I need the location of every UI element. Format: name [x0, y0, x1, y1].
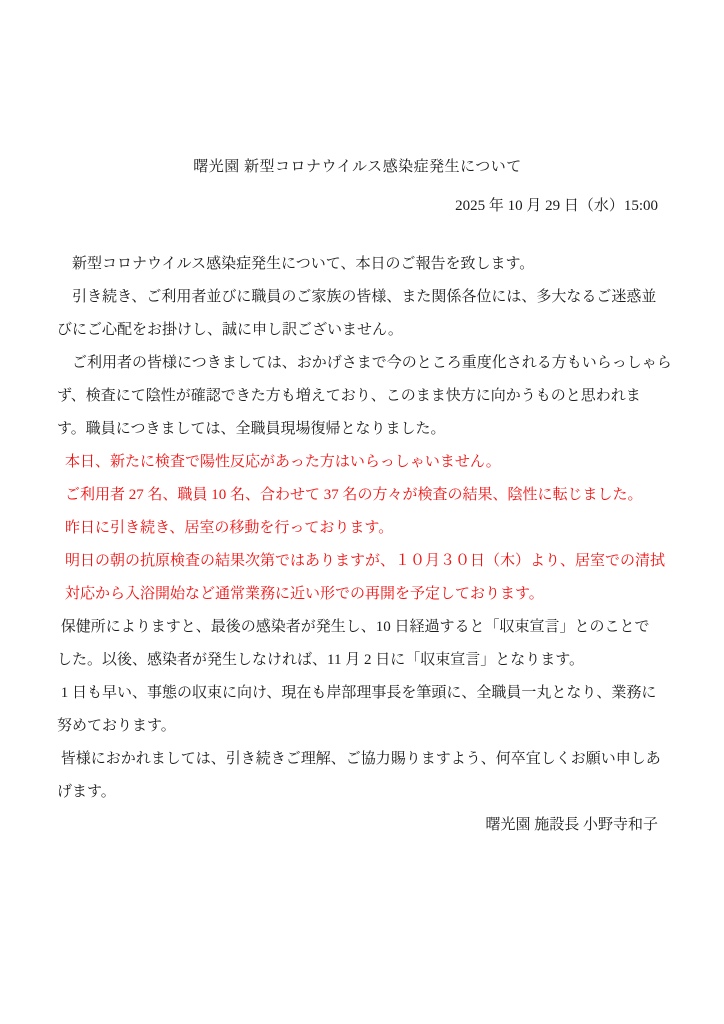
- signature: 曙光園 施設長 小野寺和子: [57, 809, 658, 842]
- body-line-emphasis: 本日、新たに検査で陽性反応があった方はいらっしゃいません。: [57, 446, 658, 479]
- document-title: 曙光園 新型コロナウイルス感染症発生について: [57, 151, 658, 184]
- document-page: 曙光園 新型コロナウイルス感染症発生について 2025 年 10 月 29 日（…: [0, 0, 724, 1024]
- body-line: 皆様におかれましては、引き続きご理解、ご協力賜りますよう、何卒宜しくお願い申しあ: [57, 743, 658, 776]
- body-line: 新型コロナウイルス感染症発生について、本日のご報告を致します。: [57, 248, 658, 281]
- body-line: 引き続き、ご利用者並びに職員のご家族の皆様、また関係各位には、多大なるご迷惑並: [57, 281, 658, 314]
- body-line: す。職員につきましては、全職員現場復帰となりました。: [57, 413, 658, 446]
- document-datetime: 2025 年 10 月 29 日（水）15:00: [57, 190, 658, 223]
- body-line-emphasis: 明日の朝の抗原検査の結果次第ではありますが、１０月３０日（木）より、居室での清拭: [57, 545, 658, 578]
- body-line: びにご心配をお掛けし、誠に申し訳ございません。: [57, 314, 658, 347]
- body-line: げます。: [57, 776, 658, 809]
- body-line: した。以後、感染者が発生しなければ、11 月 2 日に「収束宣言」となります。: [57, 644, 658, 677]
- body-line-emphasis: 昨日に引き続き、居室の移動を行っております。: [57, 512, 658, 545]
- document-body: 新型コロナウイルス感染症発生について、本日のご報告を致します。 引き続き、ご利用…: [57, 248, 658, 809]
- body-line: 保健所によりますと、最後の感染者が発生し、10 日経過すると「収束宣言」とのこと…: [57, 611, 658, 644]
- body-line: ず、検査にて陰性が確認できた方も増えており、このまま快方に向かうものと思われま: [57, 380, 658, 413]
- body-line: 努めております。: [57, 710, 658, 743]
- body-line-emphasis: ご利用者 27 名、職員 10 名、合わせて 37 名の方々が検査の結果、陰性に…: [57, 479, 658, 512]
- body-line: 1 日も早い、事態の収束に向け、現在も岸部理事長を筆頭に、全職員一丸となり、業務…: [57, 677, 658, 710]
- body-line: ご利用者の皆様につきましては、おかげさまで今のところ重度化される方もいらっしゃら: [57, 347, 658, 380]
- body-line-emphasis: 対応から入浴開始など通常業務に近い形での再開を予定しております。: [57, 578, 658, 611]
